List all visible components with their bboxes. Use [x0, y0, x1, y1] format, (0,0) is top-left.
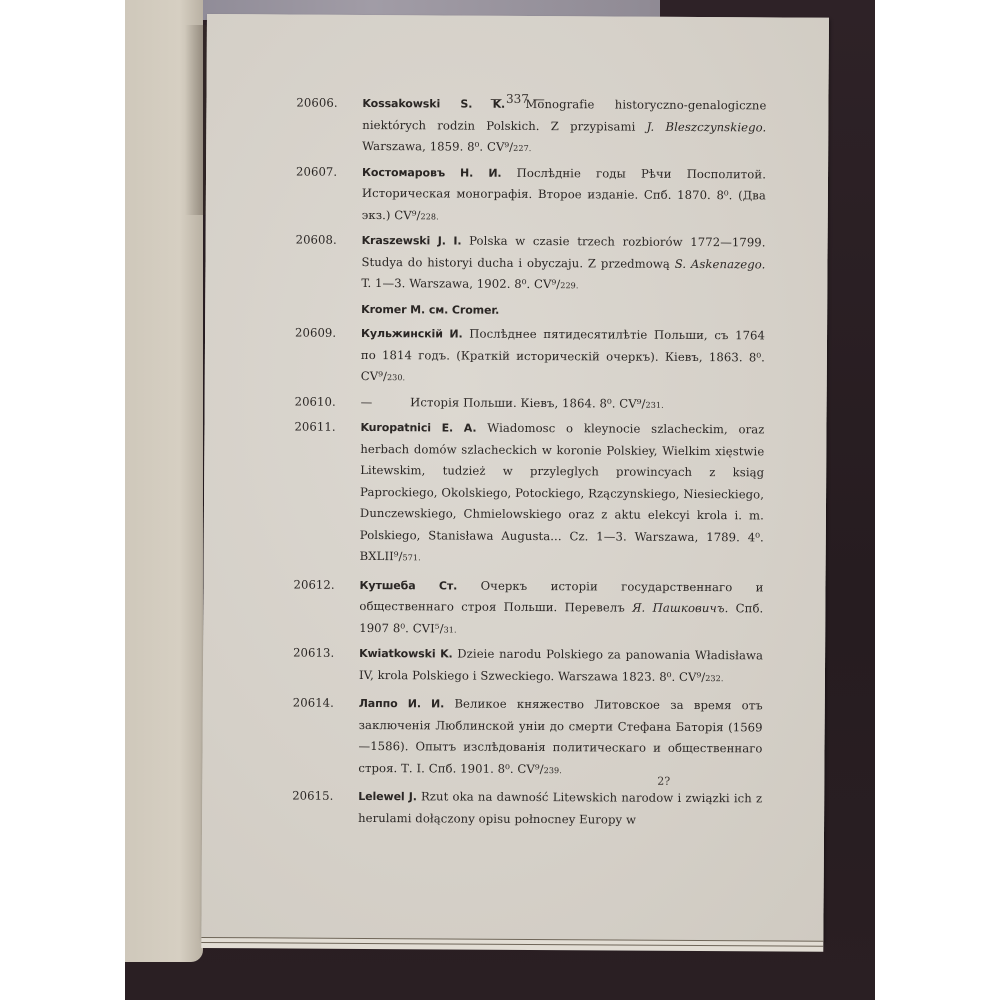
entry-20606: 20606. Kossakowski S. K. Monografie hist… — [296, 93, 766, 161]
entry-shelfmark: 232. — [705, 674, 723, 683]
entry-shelfmark: 230. — [387, 373, 405, 382]
entry-number: 20609. — [295, 323, 357, 345]
entry-text: — Исторія Польши. Кіевъ, 1864. 8⁰. CV⁹/ — [361, 394, 646, 410]
entry-author: Kraszewski J. I. — [362, 234, 462, 248]
entry-text: Wiadomosc o kleynocie szlacheckim, oraz … — [360, 421, 765, 563]
entry-number: 20614. — [293, 693, 355, 715]
entry-number: 20606. — [296, 93, 358, 115]
signature-mark: 2? — [657, 775, 670, 788]
entry-shelfmark: 571. — [403, 553, 421, 562]
entry-number: 20607. — [296, 161, 358, 183]
entry-author: Кутшеба Ст. — [359, 578, 457, 592]
entry-20612: 20612. Кутшеба Ст. Очеркъ исторіи госуда… — [293, 574, 763, 642]
entry-author: Kromer M. см. Cromer. — [361, 302, 499, 316]
entry-cross-reference: Kromer M. см. Cromer. — [295, 298, 765, 322]
entry-author: Kossakowski S. K. — [362, 97, 505, 111]
entry-number: 20611. — [294, 417, 356, 439]
entry-number: 20615. — [292, 786, 354, 808]
entry-italic: Я. Пашковичъ. — [632, 601, 728, 616]
entry-20614: 20614. Лаппо И. И. Великое княжество Лит… — [292, 693, 763, 783]
entry-number: 20608. — [296, 230, 358, 252]
entry-shelfmark: 228. — [421, 212, 439, 221]
entry-20611: 20611. Kuropatnici E. A. Wiadomosc o kle… — [294, 417, 765, 571]
entry-tail: Warszawa, 1859. 8⁰. CV⁹/ — [362, 139, 513, 154]
entry-20609: 20609. Кульжинскій И. Послѣднее пятидеся… — [295, 323, 765, 391]
entry-author: Kwiatkowski K. — [359, 647, 453, 661]
entry-20607: 20607. Костомаровъ Н. И. Послѣдніе годы … — [296, 161, 766, 229]
entry-20615: 20615. Lelewel J. Rzut oka na dawność Li… — [292, 786, 762, 832]
entry-author: Лаппо И. И. — [359, 697, 445, 711]
spine-shadow — [185, 25, 207, 215]
entry-number: 20610. — [295, 391, 357, 413]
entry-italic: J. Bleszczynskiego. — [647, 119, 767, 134]
entry-shelfmark: 231. — [646, 400, 664, 409]
entry-20613: 20613. Kwiatkowski K. Dzieie narodu Pols… — [293, 643, 763, 690]
entry-shelfmark: 31. — [444, 625, 457, 634]
entry-author: Костомаровъ Н. И. — [362, 165, 502, 179]
right-page: — 337 — 20606. Kossakowski S. K. Monogra… — [201, 14, 829, 942]
entry-shelfmark: 227. — [513, 144, 531, 153]
book-photo: — 337 — 20606. Kossakowski S. K. Monogra… — [125, 0, 875, 1000]
entry-text: Rzut oka na dawność Litewskich narodow i… — [358, 789, 762, 826]
entry-italic: S. Askenazego. — [675, 256, 766, 271]
entry-20610: 20610. — Исторія Польши. Кіевъ, 1864. 8⁰… — [295, 391, 765, 416]
entry-shelfmark: 239. — [544, 766, 562, 775]
entry-author: Kuropatnici E. A. — [360, 421, 476, 435]
entry-shelfmark: 229. — [560, 281, 578, 290]
entry-20608: 20608. Kraszewski J. I. Polska w czasie … — [295, 230, 765, 298]
entry-author: Кульжинскій И. — [361, 327, 463, 341]
bibliography-list: 20606. Kossakowski S. K. Monografie hist… — [292, 93, 767, 835]
entry-number: 20612. — [293, 574, 355, 596]
entry-tail: T. 1—3. Warszawa, 1902. 8⁰. CV⁹/ — [361, 276, 560, 291]
entry-number: 20613. — [293, 643, 355, 665]
entry-author: Lelewel J. — [358, 790, 417, 803]
